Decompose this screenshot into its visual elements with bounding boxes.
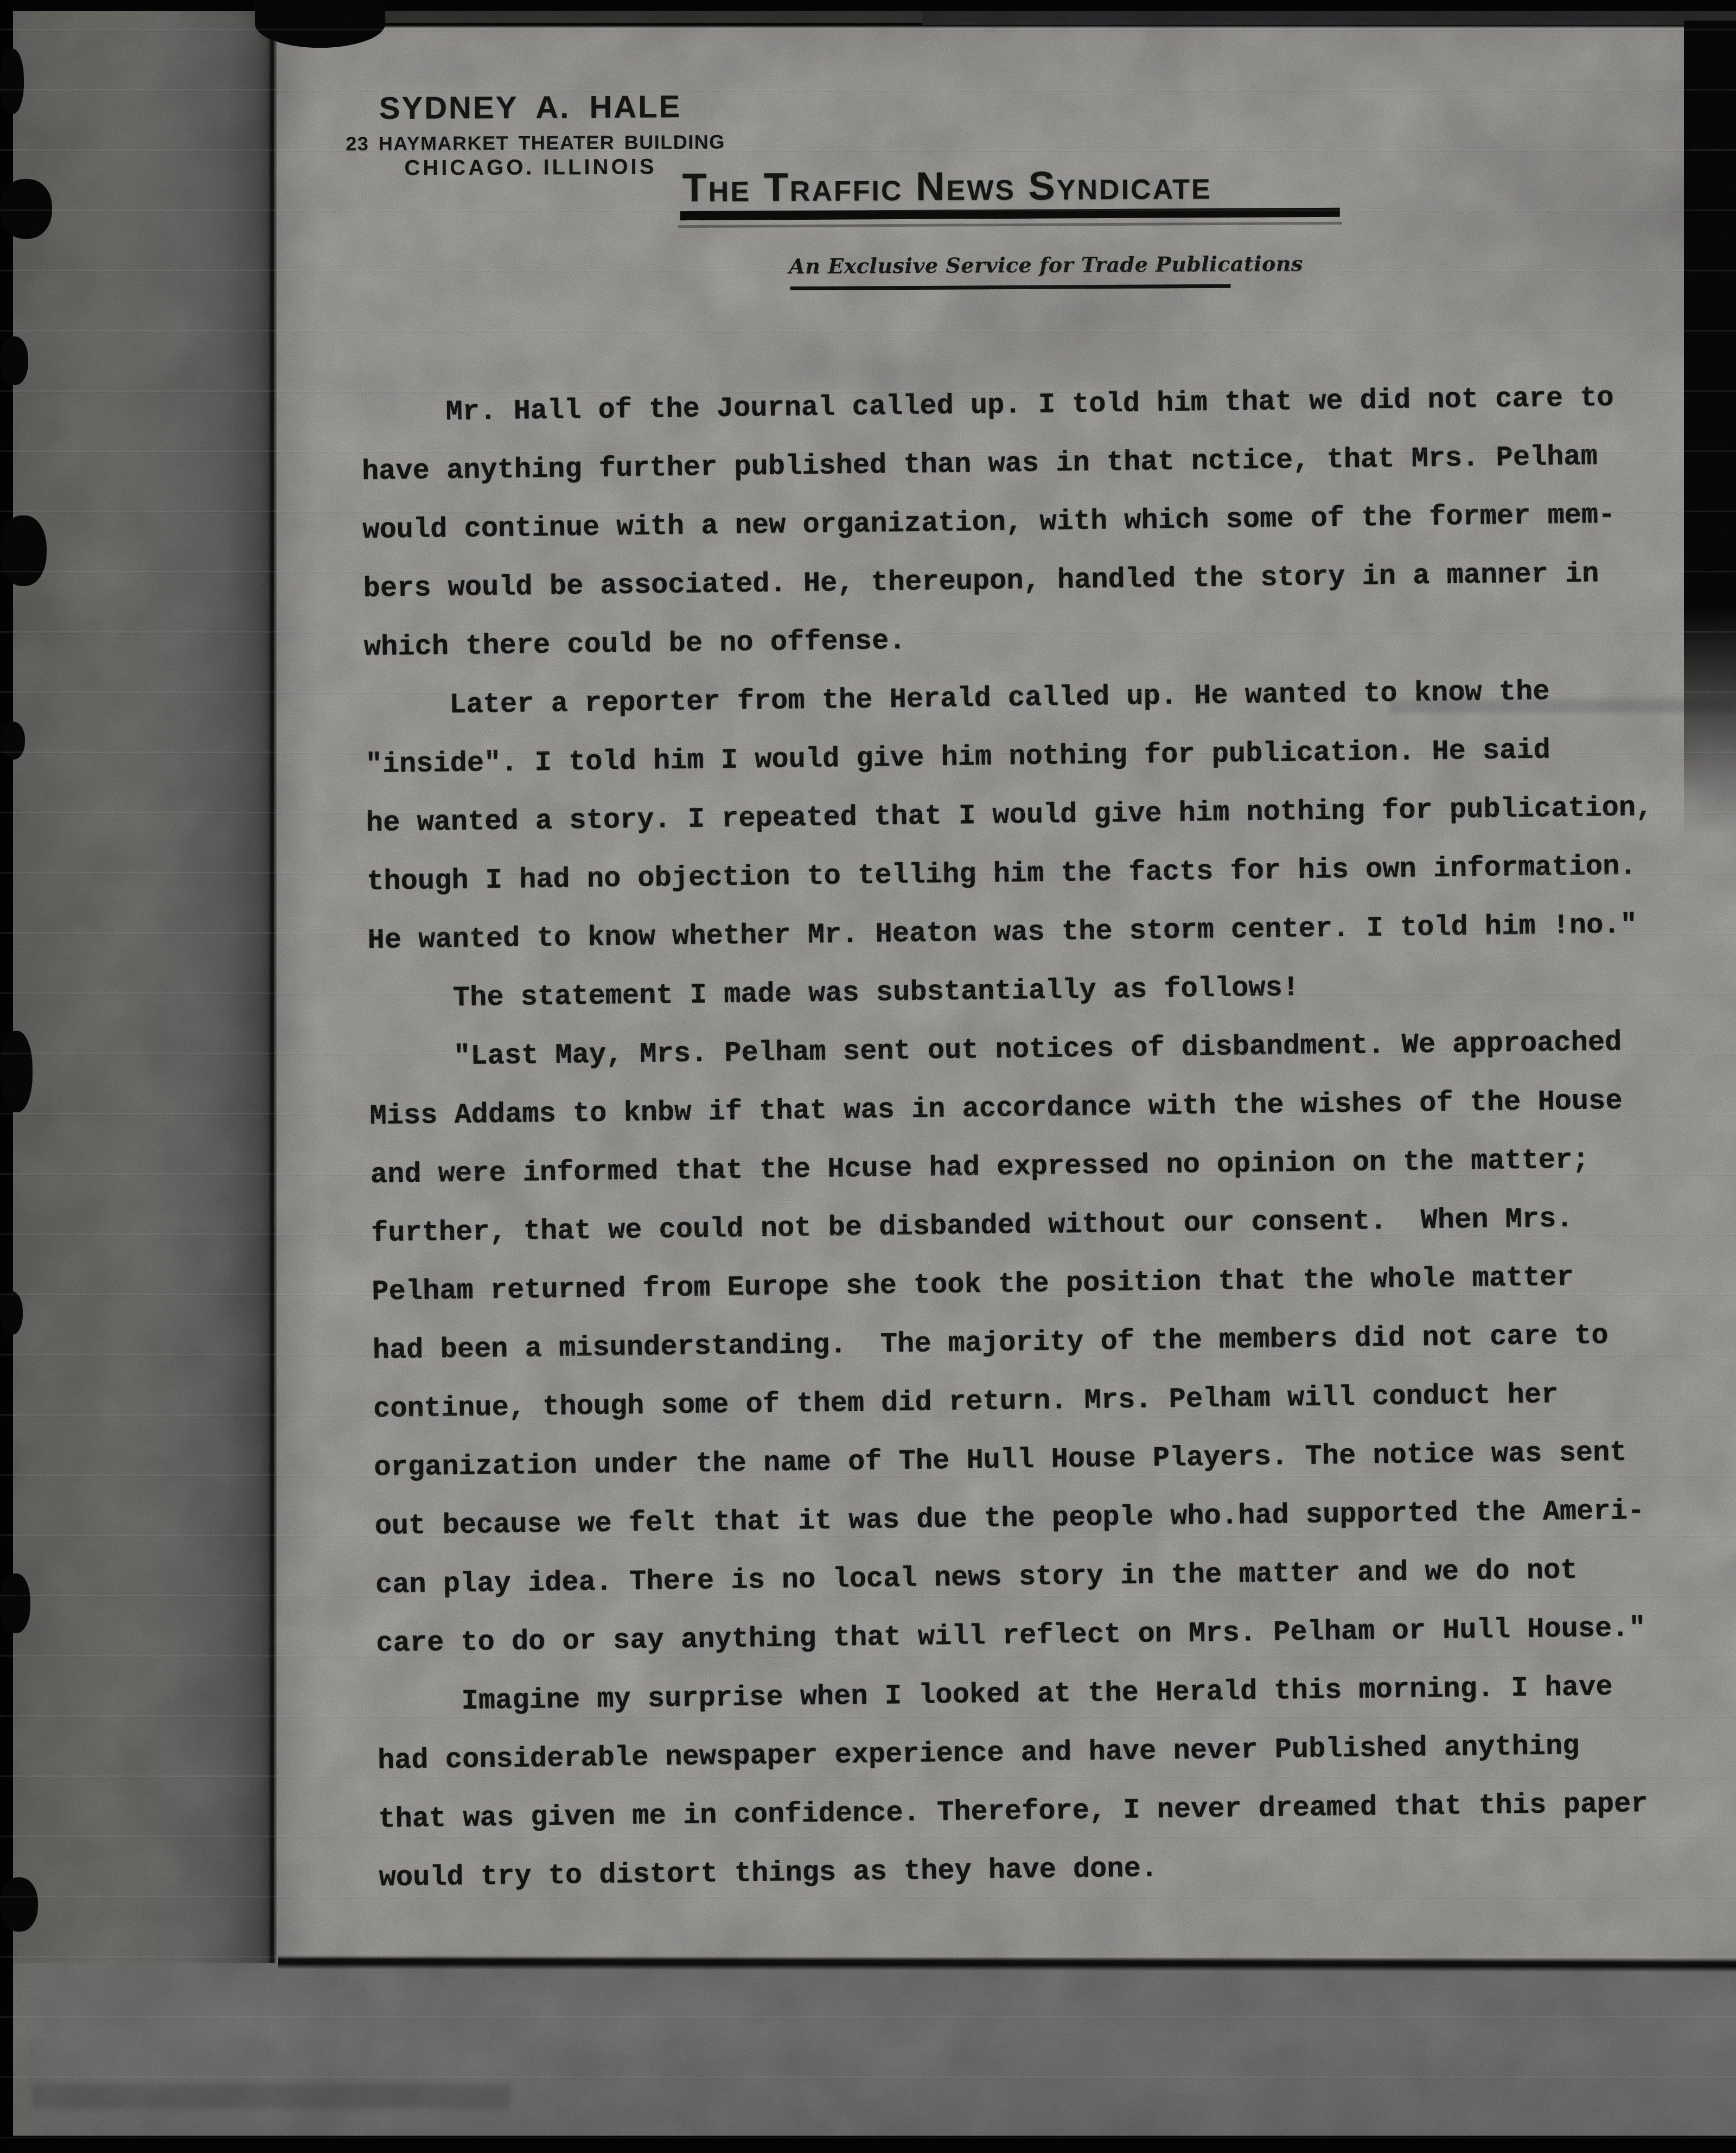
torn-edge-blob: [0, 179, 52, 239]
torn-edge-blob: [0, 515, 47, 586]
torn-edge-blob: [255, 0, 385, 48]
letterhead-address-line1: 23 HAYMARKET THEATER BUILDING: [346, 131, 725, 156]
scan-bottom-band: [0, 2136, 1736, 2153]
tagline-underline: [790, 284, 1230, 290]
letterhead-organization-title: The Traffic News Syndicate: [682, 162, 1212, 211]
paper-sheet: SYDNEY A. HALE 23 HAYMARKET THEATER BUIL…: [274, 26, 1736, 1964]
scanned-document-page: SYDNEY A. HALE 23 HAYMARKET THEATER BUIL…: [0, 0, 1736, 2153]
torn-edge-blob: [0, 722, 25, 760]
letterhead: SYDNEY A. HALE 23 HAYMARKET THEATER BUIL…: [273, 19, 1736, 385]
typed-letter-body: Mr. Hall of the Journal called up. I tol…: [361, 368, 1725, 1908]
torn-edge-blob: [0, 49, 24, 114]
title-rule-thin: [678, 222, 1342, 228]
torn-edge-blob: [0, 1031, 33, 1112]
letterhead-tagline: An Exclusive Service for Trade Publicati…: [789, 251, 1303, 278]
letterhead-name: SYDNEY A. HALE: [379, 88, 682, 126]
letterhead-address-line2: CHICAGO. ILLINOIS: [404, 155, 656, 180]
torn-edge-blob: [0, 1877, 38, 1932]
torn-edge-blob: [0, 1291, 23, 1335]
scanner-gutter: [13, 10, 275, 2137]
paper-left-edge-shadow: [268, 25, 277, 1967]
torn-edge-blob: [0, 336, 28, 385]
torn-edge-blob: [0, 1574, 30, 1633]
scanner-bottom-area: [13, 1963, 1736, 2137]
scan-right-band: [1684, 21, 1736, 835]
